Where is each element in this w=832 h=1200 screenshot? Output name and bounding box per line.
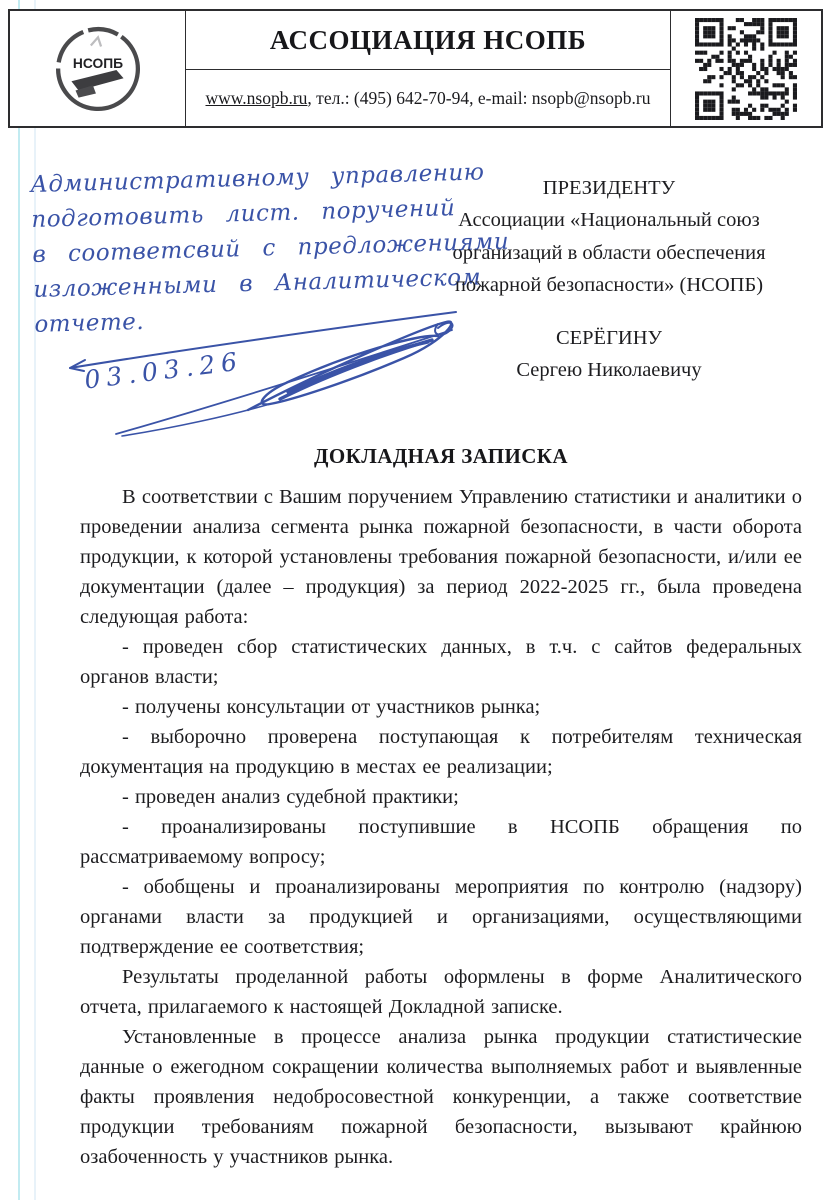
memo-body: ДОКЛАДНАЯ ЗАПИСКА В соответствии с Вашим… — [80, 441, 802, 1172]
letterhead-center-cell: АССОЦИАЦИЯ НСОПБ www.nsopb.ru, тел.: (49… — [186, 11, 670, 126]
recipient-surname: СЕРЁГИНУ — [393, 322, 825, 354]
contact-line: www.nsopb.ru, тел.: (495) 642-70-94, e-m… — [186, 70, 670, 126]
recipient-org-line: пожарной безопасности» (НСОПБ) — [393, 269, 825, 301]
recipient-org-line: организаций в области обеспечения — [393, 237, 825, 269]
website-text: www.nsopb.ru — [206, 88, 308, 109]
qr-cell — [670, 11, 821, 126]
memo-paragraph: - проведен сбор статистических данных, в… — [80, 632, 802, 692]
nsopb-stamp-icon: НСОПБ — [52, 23, 144, 115]
memo-paragraph: Установленные в процессе анализа рынка п… — [80, 1022, 802, 1172]
memo-paragraph: - получены консультации от участников ры… — [80, 692, 802, 722]
memo-paragraph: В соответствии с Вашим поручением Управл… — [80, 482, 802, 632]
arrow-up-icon — [90, 37, 100, 46]
logo-text: НСОПБ — [72, 55, 122, 70]
logo-cell: НСОПБ — [10, 11, 186, 126]
logo-ribbon-shape — [71, 70, 123, 90]
memo-paragraph: - выборочно проверена поступающая к потр… — [80, 722, 802, 782]
memo-title: ДОКЛАДНАЯ ЗАПИСКА — [80, 441, 802, 471]
recipient-name: Сергею Николаевичу — [393, 354, 825, 386]
letterhead-table: НСОПБ АССОЦИАЦИЯ НСОПБ www.nsopb.ru, тел… — [8, 9, 823, 128]
memo-paragraph: - проведен анализ судебной практики; — [80, 782, 802, 812]
organization-title: АССОЦИАЦИЯ НСОПБ — [270, 25, 586, 56]
memo-paragraph: - проанализированы поступившие в НСОПБ о… — [80, 812, 802, 872]
recipient-block: ПРЕЗИДЕНТУ Ассоциации «Национальный союз… — [393, 172, 825, 386]
memo-paragraph: Результаты проделанной работы оформлены … — [80, 962, 802, 1022]
contact-rest-text: , тел.: (495) 642-70-94, e-mail: nsopb@n… — [307, 88, 650, 109]
recipient-org-line: Ассоциации «Национальный союз — [393, 204, 825, 236]
qr-code-icon — [695, 18, 797, 120]
scanned-memo-page: НСОПБ АССОЦИАЦИЯ НСОПБ www.nsopb.ru, тел… — [0, 0, 832, 1200]
scan-artifact-line — [18, 0, 20, 1200]
recipient-title: ПРЕЗИДЕНТУ — [393, 172, 825, 204]
memo-paragraph: - обобщены и проанализированы мероприяти… — [80, 872, 802, 962]
